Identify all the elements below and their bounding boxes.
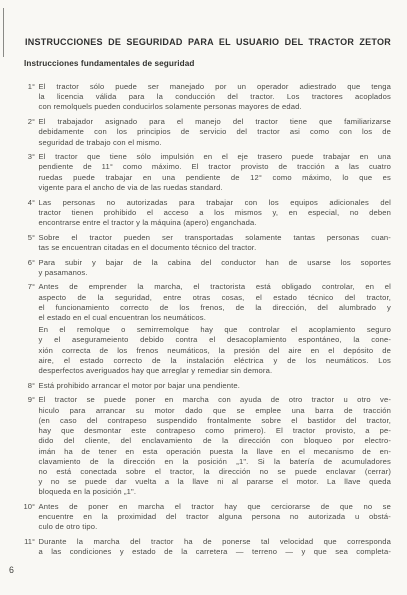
text-line: culo de otro tipo. (39, 522, 392, 532)
text-line: hay que desmontar este contrapeso como p… (39, 426, 392, 436)
text-line: El tractor se puede poner en marcha con … (39, 395, 392, 405)
text-line: a las condiciones y estado de la carrete… (39, 547, 392, 557)
text-line: pendiente de 11° como máximo. El tractor… (39, 162, 392, 172)
text-line: Para subir y bajar de la cabina del cond… (39, 258, 392, 268)
item-paragraph: El trabajador asignado para el manejo de… (39, 117, 392, 148)
text-line: encuentre en la proximidad del tractor a… (39, 512, 392, 522)
item-text: Para subir y bajar de la cabina del cond… (39, 258, 392, 278)
text-line: aire, el estado correcto de la instalaci… (39, 356, 392, 366)
item-number: 2° (20, 117, 35, 127)
list-item: 11°Durante la marcha del tractor ha de p… (20, 537, 391, 557)
safety-instructions-list: 1°El tractor sólo puede ser manejado por… (20, 82, 391, 558)
text-line: hiculo para arrancar su motor dado que s… (39, 406, 392, 416)
text-line: xión correcta de los frenos neumáticos, … (39, 346, 392, 356)
text-line: aspecto de la seguridad, entre otras cos… (39, 293, 392, 303)
list-item: 10°Antes de poner en marcha el tractor h… (20, 502, 391, 533)
text-line: no está conectada sobre el tractor, la d… (39, 467, 392, 477)
item-paragraph: Está prohibido arrancar el motor por baj… (39, 381, 392, 391)
text-line: Antes de poner en marcha el tractor hay … (39, 502, 392, 512)
text-line: la licencia válida para la conducción de… (39, 92, 392, 102)
text-line: vigente para el ancho de via de las rued… (39, 183, 392, 193)
text-line: Antes de emprender la marcha, el tractor… (39, 282, 392, 292)
item-number: 9° (20, 395, 35, 405)
item-number: 1° (20, 82, 35, 92)
item-text: Antes de emprender la marcha, el tractor… (39, 282, 392, 376)
text-line: El tractor que tiene sólo impulsión en e… (39, 152, 392, 162)
text-line: En el remolque o semirremolque hay que c… (39, 325, 392, 335)
item-paragraph: El tractor sólo puede ser manejado por u… (39, 82, 392, 113)
item-number: 10° (20, 502, 35, 512)
list-item: 5°Sobre el tractor pueden ser transporta… (20, 233, 391, 253)
item-text: Sobre el tractor pueden ser transportada… (39, 233, 392, 253)
text-line: tractor tienen prohibido el acceso a los… (39, 208, 392, 218)
list-item: 3°El tractor que tiene sólo impulsión en… (20, 152, 391, 193)
document-title: INSTRUCCIONES DE SEGURIDAD PARA EL USUAR… (25, 36, 391, 48)
item-text: Antes de poner en marcha el tractor hay … (39, 502, 392, 533)
section-subtitle: Instrucciones fundamentales de seguridad (24, 59, 391, 69)
text-line: clavamiento de la dirección en la posici… (39, 457, 392, 467)
page-content: INSTRUCCIONES DE SEGURIDAD PARA EL USUAR… (0, 0, 407, 558)
text-line: Sobre el tractor pueden ser transportada… (39, 233, 392, 243)
item-paragraph: Antes de emprender la marcha, el tractor… (39, 282, 392, 323)
item-text: Durante la marcha del tractor ha de pone… (39, 537, 392, 557)
text-line: tas se encuentran citadas en el document… (39, 243, 392, 253)
item-text: El tractor se puede poner en marcha con … (39, 395, 392, 497)
text-line: seguridad de trabajo con el mismo. (39, 138, 392, 148)
text-line: encontrarse entre el tractor y la máquin… (39, 218, 392, 228)
text-line: debidamente con los principios de servic… (39, 127, 392, 137)
list-item: 4°Las personas no autorizadas para traba… (20, 198, 391, 229)
item-paragraph: Las personas no autorizadas para trabaja… (39, 198, 392, 229)
item-paragraph: El tractor se puede poner en marcha con … (39, 395, 392, 497)
text-line: bloqueda en la posición „1". (39, 487, 392, 497)
item-number: 3° (20, 152, 35, 162)
text-line: El trabajador asignado para el manejo de… (39, 117, 392, 127)
item-paragraph: El tractor que tiene sólo impulsión en e… (39, 152, 392, 193)
text-line: Durante la marcha del tractor ha de pone… (39, 537, 392, 547)
text-line: Las personas no autorizadas para trabaja… (39, 198, 392, 208)
item-text: El tractor que tiene sólo impulsión en e… (39, 152, 392, 193)
text-line: ruedas puede trabajar en una pendiente d… (39, 173, 392, 183)
item-paragraph: Durante la marcha del tractor ha de pone… (39, 537, 392, 557)
text-line: desperfectos averiguados hay que arregla… (39, 366, 392, 376)
text-line: imán ha de tener en esta operación puest… (39, 447, 392, 457)
item-number: 8° (20, 381, 35, 391)
list-item: 8°Está prohibido arrancar el motor por b… (20, 381, 391, 391)
item-paragraph: En el remolque o semirremolque hay que c… (39, 325, 392, 376)
list-item: 1°El tractor sólo puede ser manejado por… (20, 82, 391, 113)
item-paragraph: Antes de poner en marcha el tractor hay … (39, 502, 392, 533)
list-item: 2°El trabajador asignado para el manejo … (20, 117, 391, 148)
text-line: y pasamanos. (39, 268, 392, 278)
item-number: 7° (20, 282, 35, 292)
text-line: dido del cliente, del enclavamiento de l… (39, 436, 392, 446)
text-line: (en caso del contrapeso suspendido front… (39, 416, 392, 426)
text-line: el funcionamiento correcto de los frenos… (39, 303, 392, 313)
text-line: y no se puede dar vuelta a la llave ni a… (39, 477, 392, 487)
list-item: 9°El tractor se puede poner en marcha co… (20, 395, 391, 497)
item-paragraph: Sobre el tractor pueden ser transportada… (39, 233, 392, 253)
item-text: Las personas no autorizadas para trabaja… (39, 198, 392, 229)
list-item: 7°Antes de emprender la marcha, el tract… (20, 282, 391, 376)
text-line: el estado en el cual encuentran los neum… (39, 313, 392, 323)
text-line: El tractor sólo puede ser manejado por u… (39, 82, 392, 92)
text-line: Está prohibido arrancar el motor por baj… (39, 381, 392, 391)
scanned-manual-page: INSTRUCCIONES DE SEGURIDAD PARA EL USUAR… (0, 0, 407, 595)
item-number: 11° (20, 537, 35, 547)
item-number: 5° (20, 233, 35, 243)
item-number: 6° (20, 258, 35, 268)
item-text: El trabajador asignado para el manejo de… (39, 117, 392, 148)
text-line: y el asegurameiento debido contra el des… (39, 335, 392, 345)
item-number: 4° (20, 198, 35, 208)
page-number: 6 (9, 565, 14, 575)
text-line: con remolquels pueden conducirlos solame… (39, 102, 392, 112)
item-text: El tractor sólo puede ser manejado por u… (39, 82, 392, 113)
item-paragraph: Para subir y bajar de la cabina del cond… (39, 258, 392, 278)
item-text: Está prohibido arrancar el motor por baj… (39, 381, 392, 391)
list-item: 6°Para subir y bajar de la cabina del co… (20, 258, 391, 278)
